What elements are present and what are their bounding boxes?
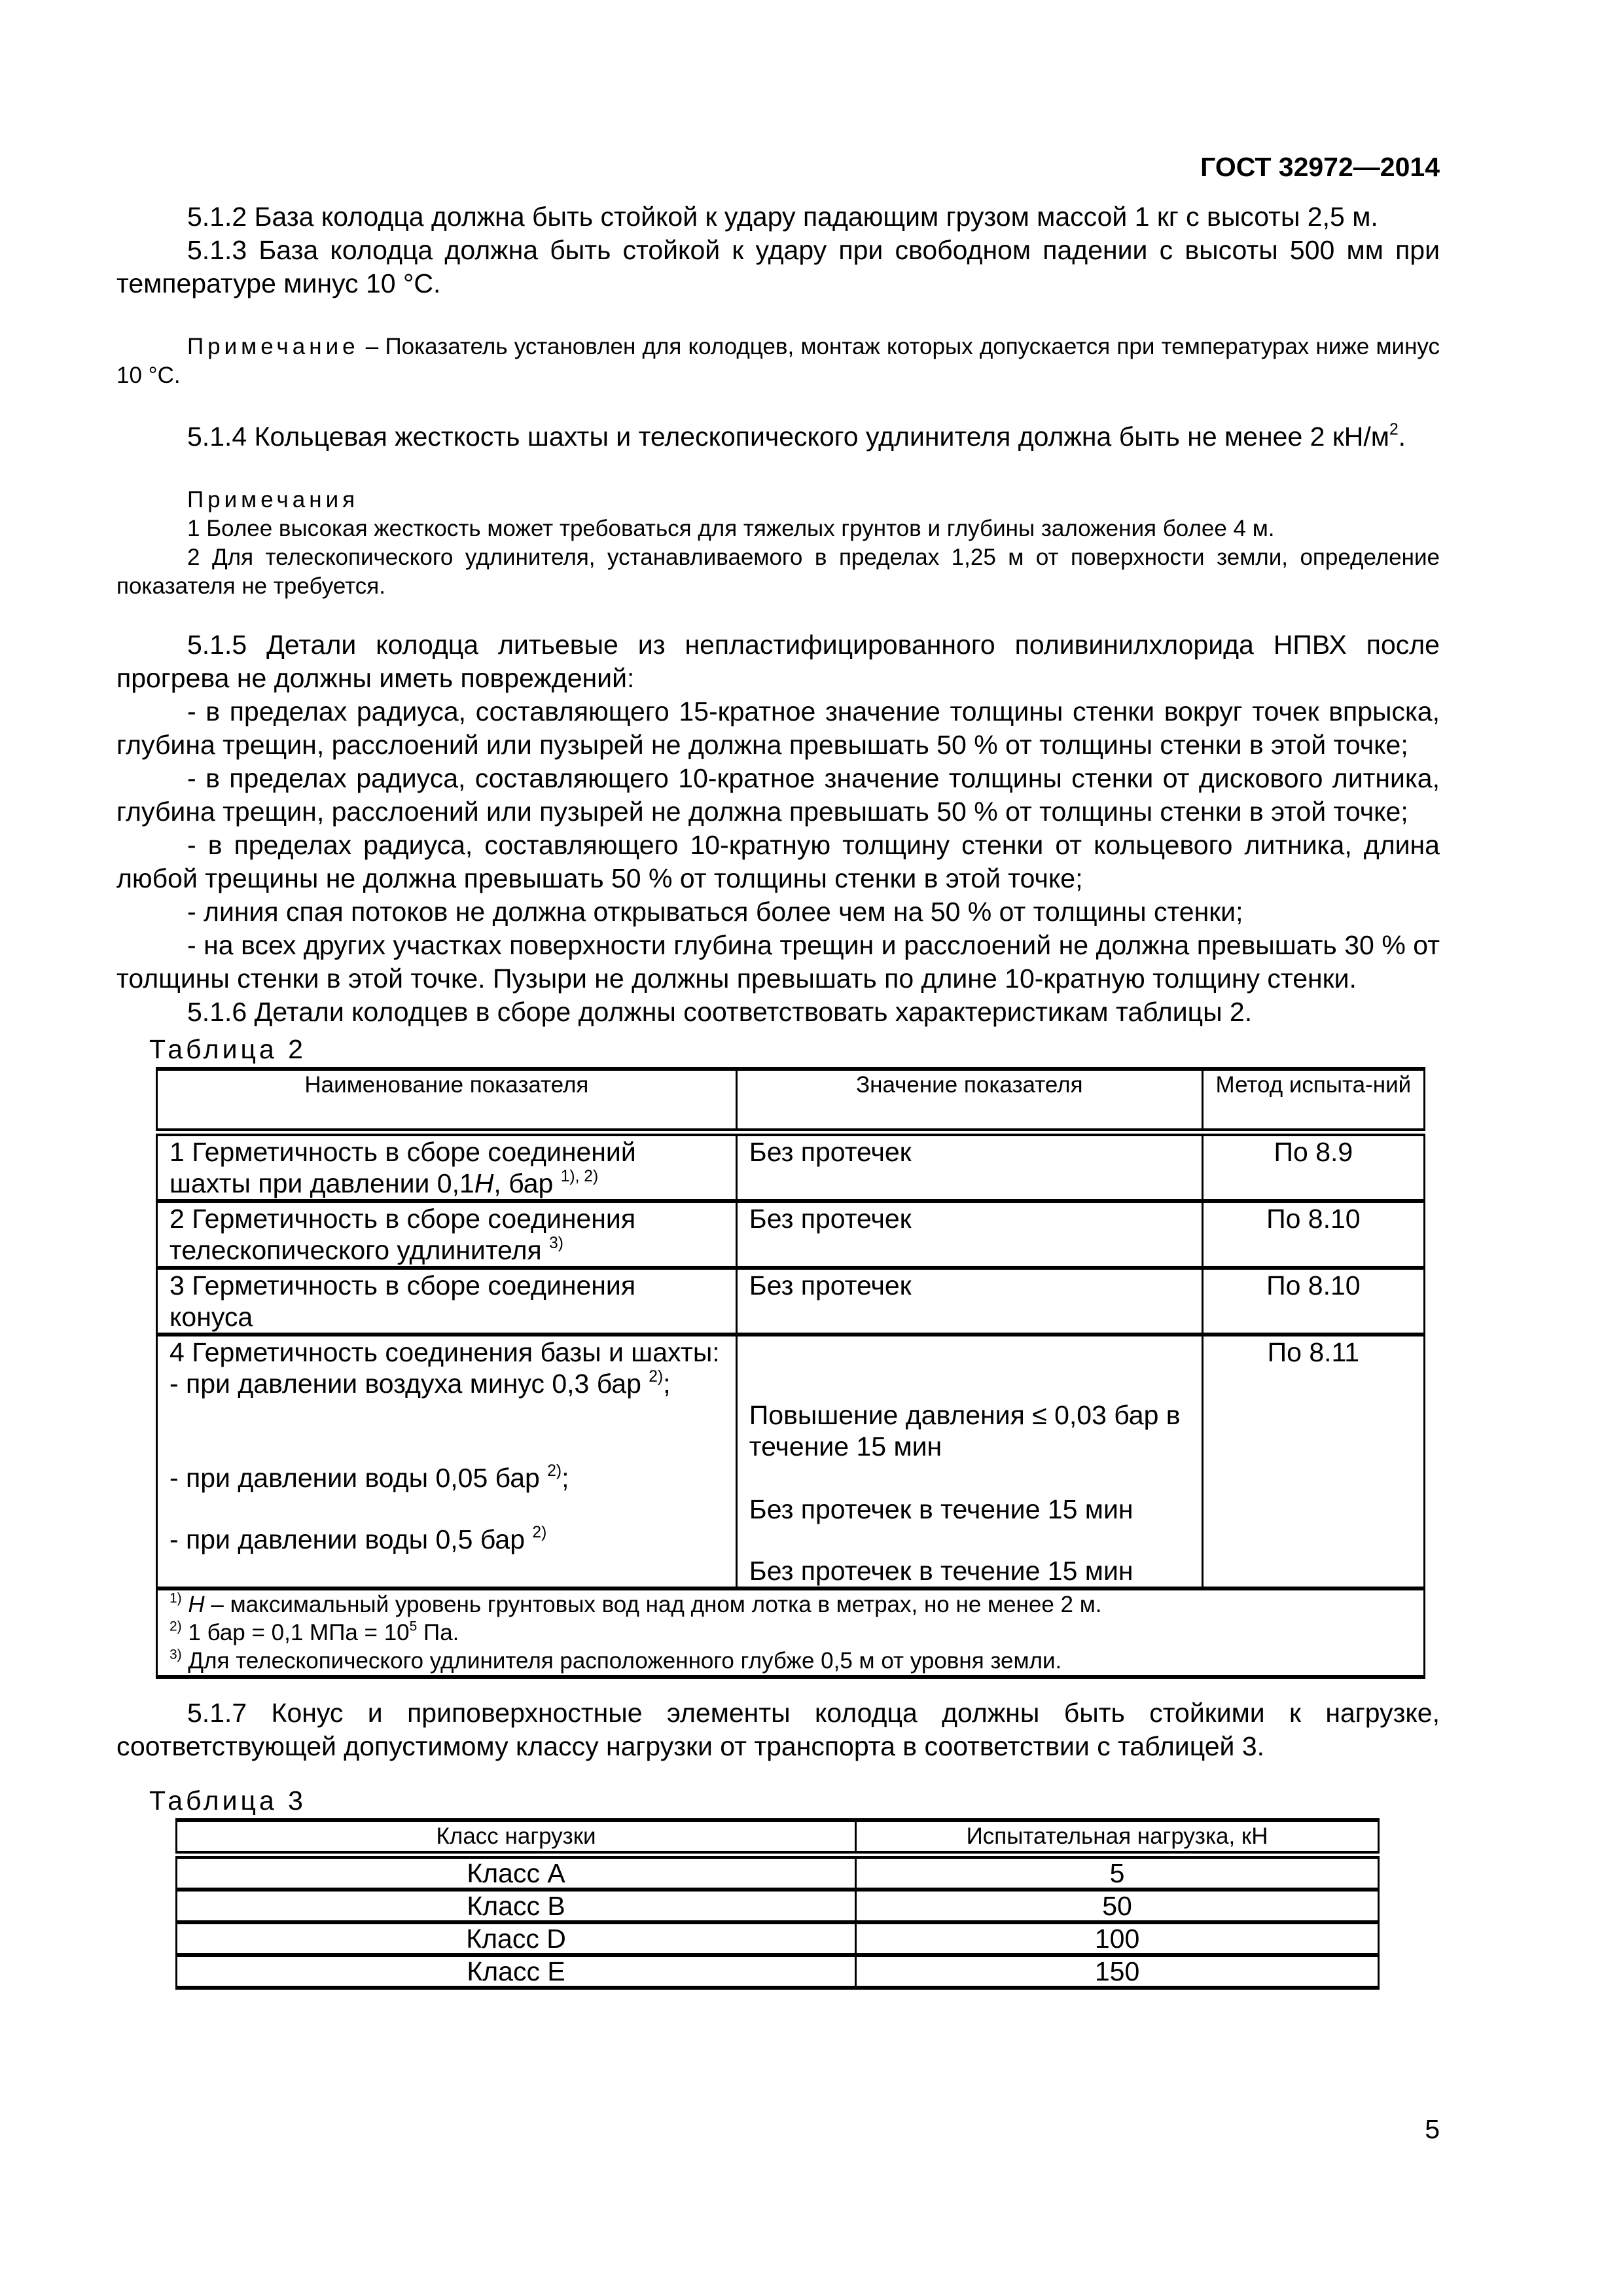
cell-text: ; — [562, 1463, 569, 1493]
cell-method: По 8.10 — [1202, 1268, 1424, 1335]
section-5-1-4: 5.1.4 Кольцевая жесткость шахты и телеск… — [116, 420, 1440, 454]
footnote-ref: 2) — [532, 1524, 546, 1541]
footnote: 3) Для телескопического удлинителя распо… — [169, 1647, 1412, 1675]
table-3: Класс нагрузки Испытательная нагрузка, к… — [175, 1818, 1380, 1990]
footnote-ref: 1), 2) — [561, 1168, 598, 1185]
italic-symbol: H — [188, 1592, 204, 1617]
column-header: Наименование показателя — [157, 1069, 737, 1132]
column-header: Испытательная нагрузка, кН — [856, 1820, 1379, 1855]
cell-class: Класс D — [177, 1922, 856, 1955]
table-row: Класс B 50 — [177, 1890, 1379, 1922]
sub-item: - при давлении воздуха минус 0,3 бар 2); — [169, 1368, 724, 1399]
list-item: - в пределах радиуса, составляющего 10-к… — [116, 762, 1440, 829]
sub-item: - при давлении воды 0,5 бар 2) — [169, 1524, 724, 1555]
notes-block-2: Примечания 1 Более высокая жесткость мож… — [116, 486, 1440, 601]
cell-text: 2 Герметичность в сборе соединения телес… — [169, 1204, 635, 1265]
table-row: 1 Герметичность в сборе соединений шахты… — [157, 1132, 1425, 1201]
note-block-1: Примечание – Показатель установлен для к… — [116, 332, 1440, 390]
note-label: Примечание — [187, 334, 359, 359]
paragraph-5-1-6: 5.1.6 Детали колодцев в сборе должны соо… — [116, 996, 1440, 1029]
list-item: - на всех других участках поверхности гл… — [116, 929, 1440, 996]
footnote-ref: 3) — [549, 1234, 563, 1252]
cell-text: Без протечек в течение 15 мин — [749, 1494, 1190, 1525]
cell-load: 100 — [856, 1922, 1379, 1955]
column-header: Значение показателя — [736, 1069, 1202, 1132]
cell-load: 50 — [856, 1890, 1379, 1922]
cell-load: 150 — [856, 1955, 1379, 1988]
cell-value: Повышение давления ≤ 0,03 бар в течение … — [736, 1335, 1202, 1588]
cell-name: 3 Герметичность в сборе соединения конус… — [157, 1268, 737, 1335]
cell-text: Повышение давления ≤ 0,03 бар в течение … — [749, 1399, 1181, 1462]
cell-class: Класс A — [177, 1855, 856, 1890]
footnote-ref: 2) — [649, 1368, 663, 1386]
paragraph-5-1-7: 5.1.7 Конус и приповерхностные элементы … — [116, 1696, 1440, 1763]
cell-load: 5 — [856, 1855, 1379, 1890]
footnote: 1) H – максимальный уровень грунтовых во… — [169, 1590, 1412, 1619]
superscript: 5 — [410, 1619, 418, 1634]
footnote-text: Для телескопического удлинителя располож… — [182, 1648, 1062, 1674]
superscript: 2 — [1389, 421, 1399, 439]
footnote-mark: 3) — [169, 1647, 182, 1662]
paragraph-5-1-4-text: 5.1.4 Кольцевая жесткость шахты и телеск… — [187, 422, 1389, 452]
table-2-caption: Таблица 2 — [149, 1034, 1472, 1065]
column-header: Класс нагрузки — [177, 1820, 856, 1855]
footnotes-cell: 1) H – максимальный уровень грунтовых во… — [157, 1588, 1425, 1677]
paragraph-5-1-2: 5.1.2 База колодца должна быть стойкой к… — [116, 200, 1440, 234]
cell-text: ; — [663, 1369, 670, 1399]
footnote-text: 1 бар = 0,1 МПа = 10 — [182, 1620, 410, 1645]
table-footnotes: 1) H – максимальный уровень грунтовых во… — [157, 1588, 1425, 1677]
cell-method: По 8.10 — [1202, 1201, 1424, 1268]
table-row: Класс E 150 — [177, 1955, 1379, 1988]
footnote-mark: 2) — [169, 1619, 182, 1634]
cell-text: Без протечек в течение 15 мин — [749, 1555, 1190, 1587]
cell-value: Без протечек — [736, 1132, 1202, 1201]
italic-symbol: H — [474, 1168, 494, 1198]
section-5-1-5: 5.1.5 Детали колодца литьевые из непласт… — [116, 628, 1440, 1029]
footnote-text: Па. — [417, 1620, 459, 1645]
cell-title: 4 Герметичность соединения базы и шахты: — [169, 1336, 724, 1368]
footnote-ref: 2) — [547, 1462, 562, 1480]
cell-value: Без протечек — [736, 1201, 1202, 1268]
list-item: - в пределах радиуса, составляющего 10-к… — [116, 829, 1440, 895]
note-item-2: 2 Для телескопического удлинителя, устан… — [116, 543, 1440, 601]
table-row: 3 Герметичность в сборе соединения конус… — [157, 1268, 1425, 1335]
table-header: Наименование показателя Значение показат… — [157, 1069, 1425, 1132]
column-header: Метод испыта-ний — [1202, 1069, 1424, 1132]
table-row: Класс A 5 — [177, 1855, 1379, 1890]
cell-class: Класс E — [177, 1955, 856, 1988]
section-5-1-2: 5.1.2 База колодца должна быть стойкой к… — [116, 200, 1440, 300]
section-5-1-7: 5.1.7 Конус и приповерхностные элементы … — [116, 1696, 1440, 1763]
cell-text: - при давлении воздуха минус 0,3 бар — [169, 1369, 649, 1399]
paragraph-5-1-4: 5.1.4 Кольцевая жесткость шахты и телеск… — [116, 420, 1440, 454]
note-item-1: 1 Более высокая жесткость может требоват… — [116, 514, 1440, 543]
notes-label: Примечания — [116, 486, 1440, 514]
footnote-text: – максимальный уровень грунтовых вод над… — [205, 1592, 1102, 1617]
cell-method: По 8.11 — [1202, 1335, 1424, 1588]
cell-name: 4 Герметичность соединения базы и шахты:… — [157, 1335, 737, 1588]
cell-text: , бар — [493, 1168, 560, 1198]
sub-item: - при давлении воды 0,05 бар 2); — [169, 1462, 724, 1494]
cell-text: - при давлении воды 0,5 бар — [169, 1524, 532, 1554]
table-row: 2 Герметичность в сборе соединения телес… — [157, 1201, 1425, 1268]
table-2: Наименование показателя Значение показат… — [156, 1067, 1425, 1679]
paragraph-5-1-3: 5.1.3 База колодца должна быть стойкой к… — [116, 234, 1440, 300]
footnote: 2) 1 бар = 0,1 МПа = 105 Па. — [169, 1619, 1412, 1647]
table-3-caption: Таблица 3 — [149, 1785, 1472, 1816]
table-row: Класс D 100 — [177, 1922, 1379, 1955]
page-number: 5 — [1425, 2114, 1440, 2145]
cell-name: 2 Герметичность в сборе соединения телес… — [157, 1201, 737, 1268]
table-row: 4 Герметичность соединения базы и шахты:… — [157, 1335, 1425, 1588]
cell-method: По 8.9 — [1202, 1132, 1424, 1201]
note-1: Примечание – Показатель установлен для к… — [116, 332, 1440, 390]
cell-class: Класс B — [177, 1890, 856, 1922]
cell-value: Без протечек — [736, 1268, 1202, 1335]
paragraph-end: . — [1399, 422, 1406, 452]
list-item: - в пределах радиуса, составляющего 15-к… — [116, 695, 1440, 762]
list-item: - линия спая потоков не должна открывать… — [116, 895, 1440, 929]
table-header: Класс нагрузки Испытательная нагрузка, к… — [177, 1820, 1379, 1855]
cell-name: 1 Герметичность в сборе соединений шахты… — [157, 1132, 737, 1201]
footnote-mark: 1) — [169, 1590, 182, 1605]
paragraph-5-1-5: 5.1.5 Детали колодца литьевые из непласт… — [116, 628, 1440, 695]
document-header: ГОСТ 32972—2014 — [1200, 152, 1440, 183]
cell-text: - при давлении воды 0,05 бар — [169, 1463, 547, 1493]
